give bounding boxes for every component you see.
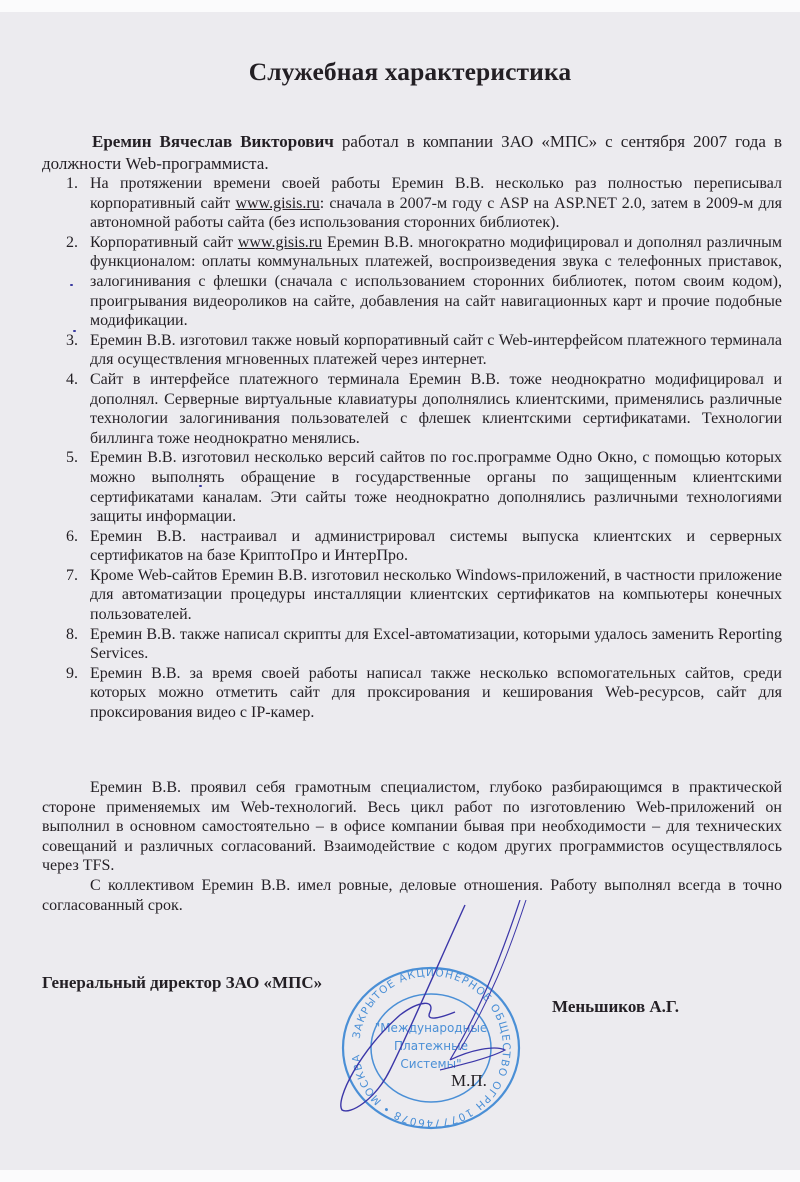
item-number: 7.: [66, 566, 78, 586]
list-item-8: 8.Еремин В.В. также написал скрипты для …: [42, 625, 782, 664]
item-number: 9.: [66, 664, 78, 684]
list-item-9: 9.Еремин В.В. за время своей работы напи…: [42, 664, 782, 723]
item-number: 8.: [66, 625, 78, 645]
employee-name: Еремин Вячеслав Викторович: [92, 132, 334, 151]
item-number: 4.: [66, 370, 78, 390]
item-text: Еремин В.В. изготовил также новый корпор…: [90, 332, 782, 369]
item-text: Сайт в интерфейсе платежного терминала Е…: [90, 371, 782, 447]
svg-text:"Международные: "Международные: [375, 1021, 488, 1035]
signer-name: Меньшиков А.Г.: [552, 997, 679, 1017]
list-item-2: 2.Корпоративный сайт www.gisis.ru Еремин…: [42, 233, 782, 331]
item-text: Корпоративный сайт: [90, 234, 238, 251]
list-item-5: 5.Еремин В.В. изготовил несколько версий…: [42, 448, 782, 526]
ink-speck: [70, 284, 73, 286]
intro-paragraph: Еремин Вячеслав Викторович работал в ком…: [42, 131, 782, 175]
item-number: 5.: [66, 448, 78, 468]
list-item-4: 4.Сайт в интерфейсе платежного терминала…: [42, 370, 782, 448]
item-text: Еремин В.В. за время своей работы написа…: [90, 665, 782, 721]
company-stamp-icon: ЗАКРЫТОЕ АКЦИОНЕРНОЕ ОБЩЕСТВО ОГРН 10777…: [336, 966, 526, 1131]
assessment-paragraph: Еремин В.В. проявил себя грамотным специ…: [42, 778, 782, 876]
item-number: 3.: [66, 331, 78, 351]
achievements-list: 1.На протяжении времени своей работы Ере…: [42, 174, 782, 723]
list-item-1: 1.На протяжении времени своей работы Ере…: [42, 174, 782, 233]
item-text: Еремин В.В. изготовил несколько версий с…: [90, 449, 782, 525]
item-number: 1.: [66, 174, 78, 194]
item-text: Еремин В.В. также написал скрипты для Ex…: [90, 626, 782, 663]
gisis-link[interactable]: www.gisis.ru: [235, 195, 319, 212]
item-number: 6.: [66, 527, 78, 547]
relations-paragraph: С коллективом Еремин В.В. имел ровные, д…: [42, 876, 782, 915]
ink-speck: [73, 330, 76, 332]
ink-speck: [199, 485, 202, 487]
list-item-6: 6.Еремин В.В. настраивал и администриров…: [42, 527, 782, 566]
svg-text:Системы": Системы": [400, 1057, 461, 1071]
item-text: Кроме Web-сайтов Еремин В.В. изготовил н…: [90, 567, 782, 623]
document-title: Служебная характеристика: [0, 57, 800, 87]
closing-section: Еремин В.В. проявил себя грамотным специ…: [42, 778, 782, 915]
svg-text:Платежные: Платежные: [394, 1039, 468, 1053]
item-number: 2.: [66, 233, 78, 253]
seal-mark: М.П.: [451, 1071, 487, 1091]
item-text: Еремин В.В. настраивал и администрировал…: [90, 528, 782, 565]
gisis-link[interactable]: www.gisis.ru: [238, 234, 322, 251]
list-item-3: 3.Еремин В.В. изготовил также новый корп…: [42, 331, 782, 370]
director-title: Генеральный директор ЗАО «МПС»: [42, 973, 322, 993]
list-item-7: 7.Кроме Web-сайтов Еремин В.В. изготовил…: [42, 566, 782, 625]
